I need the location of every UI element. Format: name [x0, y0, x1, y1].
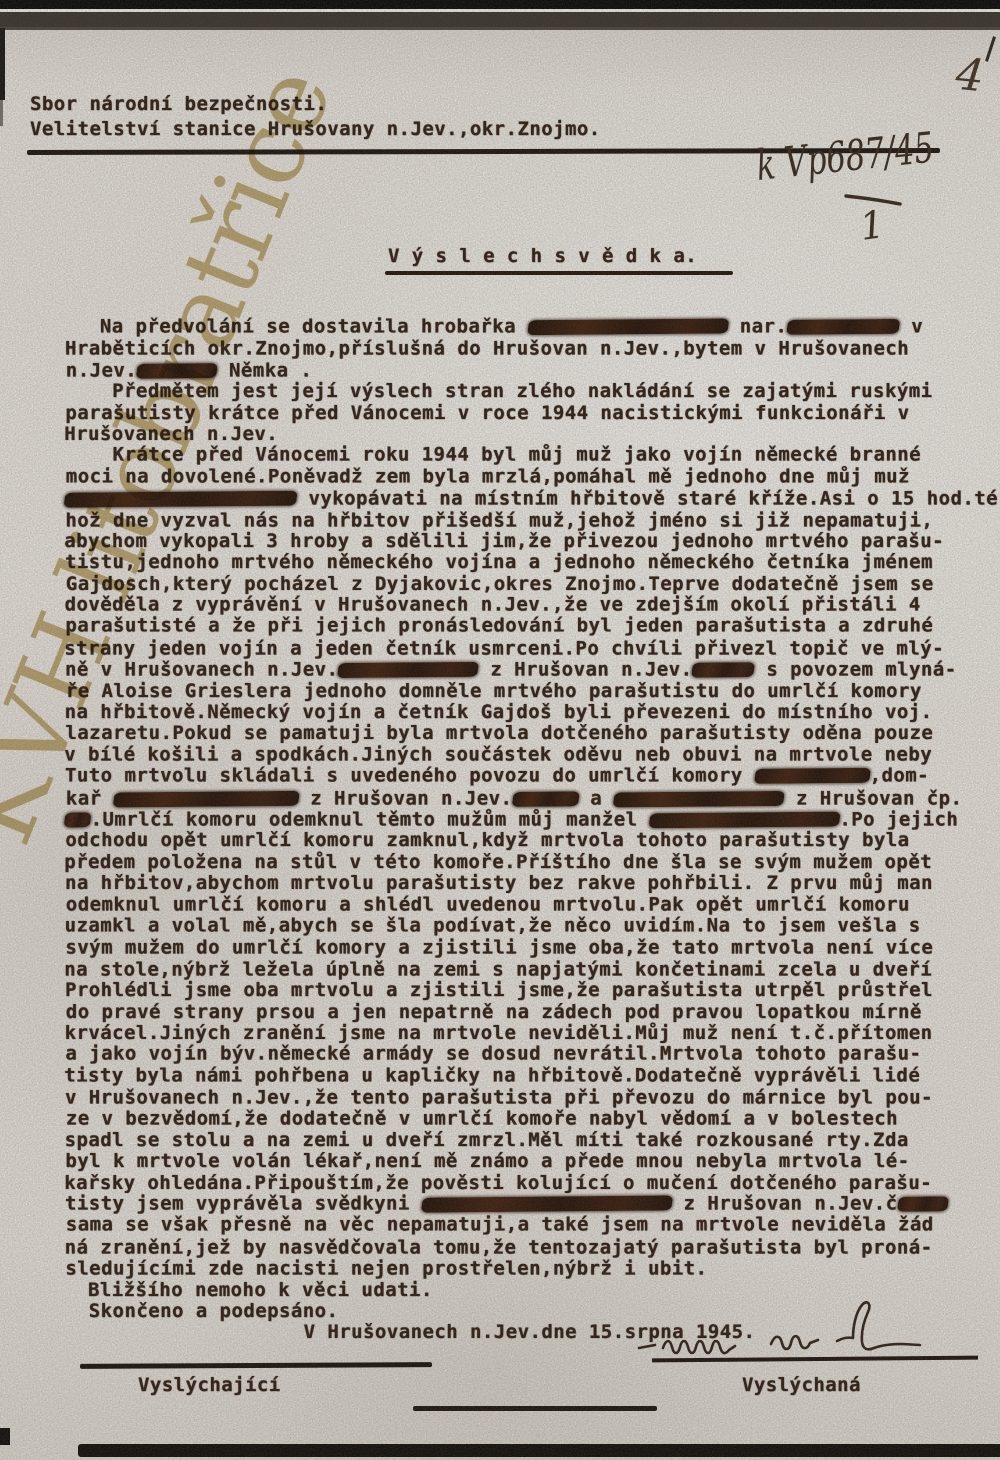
- text-run: Bližšího nemoho k věci udati.: [64, 1279, 433, 1301]
- text-run: Skončeno a podepsáno.: [65, 1300, 338, 1322]
- typewritten-line: ně v Hrušovanech n.Jev. z Hrušovan n.Jev…: [65, 660, 1000, 681]
- text-run: spadl se stolu a na zemi u dveří zmrzl.M…: [65, 1129, 909, 1151]
- typewritten-line: abychom vykopali 3 hroby a sdělili jim,ž…: [64, 531, 1000, 552]
- file-reference-denominator: 1: [857, 202, 887, 247]
- text-run: Gajdosch,který pocházel z Dyjakovic,okre…: [66, 572, 934, 594]
- text-run: z Hrušovan n.Jev.: [478, 659, 692, 681]
- typewritten-line: tistu,jednoho mrtvého německého vojína a…: [65, 552, 1000, 573]
- typewritten-line: moci na dovolené.Poněvadž zem byla mrzlá…: [66, 466, 1000, 487]
- text-run: uzamkl a volal mě,abych se šla podívat,ž…: [65, 914, 921, 936]
- typewritten-line: Tuto mrtvolu skládali s uvedeného povozu…: [65, 766, 1000, 787]
- text-run: ná zranění,jež by nasvědčovala tomu,že t…: [65, 1236, 933, 1258]
- document-body: Na předvolání se dostavila hrobařka nar.…: [65, 317, 1000, 1344]
- interrogator-label: Vyslýchající: [138, 1375, 281, 1396]
- signature-line-interrogator: [80, 1362, 432, 1369]
- typewritten-line: krvácel.Jiných zranění jsme na mrtvole n…: [65, 1023, 1000, 1044]
- typewritten-line: byl k mrtvole volán lékař,není mě známo …: [65, 1151, 1000, 1172]
- signature-line-center: [413, 1406, 657, 1411]
- redaction-mark: [421, 1195, 673, 1212]
- typewritten-line: kařsky ohledána.Připouštím,že pověsti ko…: [64, 1172, 1000, 1193]
- typewritten-line: sama se však přesně na věc nepamatuji,a …: [66, 1215, 1000, 1236]
- typewritten-line: lazaretu.Pokud se pamatuji byla mrtvola …: [65, 723, 1000, 744]
- text-run: na stole,nýbrž ležela úplně na zemi s na…: [64, 958, 932, 980]
- typewritten-line: ná zranění,jež by nasvědčovala tomu,že t…: [65, 1237, 1000, 1258]
- typewritten-line: na hřbitově.Německý vojín a četník Gajdo…: [65, 702, 1000, 723]
- scan-border-bottom: [78, 1444, 1000, 1457]
- typewritten-line: hož dne vyzval nás na hřbitov přišedší m…: [65, 510, 1000, 531]
- redaction-mark: [613, 791, 785, 807]
- typewritten-line: vykopávati na místním hřbitově staré kří…: [65, 489, 1000, 510]
- interrogated-label: Vyslýchaná: [742, 1375, 861, 1396]
- file-reference-text: k Vp687/45: [754, 123, 936, 190]
- typewritten-line: tisty jsem vyprávěla svědkyni z Hrušovan…: [65, 1194, 1000, 1215]
- text-run: strany jeden vojín a jeden četník usmrce…: [64, 638, 944, 660]
- text-run: odemknul umrlčí komoru a shlédl uvedenou…: [66, 893, 910, 915]
- text-run: ře Aloise Grieslera jednoho domněle mrtv…: [66, 680, 922, 702]
- scan-artifact: [0, 28, 5, 100]
- text-run: byl k mrtvole volán lékař,není mě známo …: [65, 1150, 909, 1172]
- signature-scribble: [625, 1296, 985, 1376]
- text-run: a jako vojín býv.německé armády se dosud…: [65, 1043, 921, 1065]
- typewritten-line: spadl se stolu a na zemi u dveří zmrzl.M…: [65, 1130, 1000, 1151]
- typewritten-line: do pravé strany prsou a jen nepatrně na …: [66, 1002, 1000, 1023]
- scan-artifact: [0, 100, 3, 126]
- typewritten-line: a jako vojín býv.německé armády se dosud…: [65, 1044, 1000, 1065]
- typewritten-line: Gajdosch,který pocházel z Dyjakovic,okre…: [66, 573, 1000, 594]
- signature-path: [639, 1302, 920, 1353]
- scanned-document-page: 4 Sbor národní bezpečnosti. Velitelství …: [0, 0, 1000, 1460]
- redaction-mark: [897, 1196, 949, 1211]
- document-title-underline: [385, 271, 733, 275]
- text-run: v Hrušovanech n.Jev.,že tento parašutist…: [65, 1087, 933, 1109]
- scan-artifact: [0, 1428, 10, 1445]
- text-run: parašutisté a že při jejich pronásledová…: [65, 615, 933, 637]
- typewritten-line: ře Aloise Grieslera jednoho domněle mrtv…: [66, 681, 1000, 702]
- text-run: v bílé košili a spodkách.Jiných součáste…: [64, 743, 932, 765]
- text-run: svým mužem do umrlčí komory a zjistili j…: [65, 937, 933, 959]
- text-run: na hřbitově.Německý vojín a četník Gajdo…: [65, 701, 933, 723]
- typewritten-line: na hřbitov,abychom mrtvolu parašutisty b…: [65, 873, 1000, 894]
- text-run: .Umrlčí komoru odemknul těmto mužům můj …: [91, 808, 650, 830]
- scan-artifact: [985, 36, 996, 62]
- redaction-mark: [648, 812, 840, 829]
- file-reference-handwritten: k Vp687/45 1: [750, 112, 975, 247]
- text-run: abychom vykopali 3 hroby a sdělili jim,ž…: [64, 530, 944, 552]
- redaction-mark: [511, 791, 579, 807]
- typewritten-line: parašutisté a že při jejich pronásledová…: [65, 616, 1000, 637]
- text-run: ze v bezvědomí,že dodatečně v umrlčí kom…: [66, 1108, 898, 1130]
- text-run: vykopávati na místním hřbitově staré kří…: [297, 488, 1000, 510]
- text-run: z Hrušovan n.Jev.: [298, 787, 512, 809]
- typewritten-line: strany jeden vojín a jeden četník usmrce…: [64, 639, 1000, 660]
- scan-border-top: [0, 0, 1000, 30]
- text-run: sama se však přesně na věc nepamatuji,a …: [66, 1214, 934, 1236]
- typewritten-line: .Umrlčí komoru odemknul těmto mužům můj …: [65, 809, 1000, 830]
- text-run: ,dom-: [870, 765, 929, 787]
- text-run: odchodu opět umrlčí komoru zamknul,když …: [65, 830, 909, 852]
- text-run: kařsky ohledána.Připouštím,že pověsti ko…: [64, 1171, 932, 1193]
- typewritten-line: na stole,nýbrž ležela úplně na zemi s na…: [64, 959, 1000, 980]
- text-run: hož dne vyzval nás na hřbitov přišedší m…: [65, 509, 933, 531]
- typewritten-line: sledujícími zde nacisti nejen prostřelen…: [65, 1259, 1000, 1280]
- text-run: a: [578, 787, 614, 809]
- text-run: z Hrušovan čp.: [784, 787, 962, 809]
- text-run: s povozem mlyná-: [754, 659, 956, 681]
- text-run: dověděla z vyprávění v Hrušovanech n.Jev…: [65, 594, 921, 616]
- typewritten-line: předem položena na stůl v této komoře.Př…: [64, 852, 1000, 873]
- typewritten-line: odemknul umrlčí komoru a shlédl uvedenou…: [66, 894, 1000, 915]
- text-run: z Hrušovan n.Jev.č: [672, 1193, 898, 1215]
- typewritten-line: kař z Hrušovan n.Jev. a z Hrušovan čp.: [66, 788, 1000, 809]
- text-run: tistu,jednoho mrtvého německého vojína a…: [65, 551, 933, 573]
- text-run: Prohlédli jsme oba mrtvolu a zjistili js…: [65, 979, 933, 1001]
- text-run: sledujícími zde nacisti nejen prostřelen…: [65, 1258, 707, 1280]
- typewritten-line: v bílé košili a spodkách.Jiných součáste…: [64, 744, 1000, 765]
- typewritten-line: tisty byla námi pohřbena u kapličky na h…: [64, 1065, 1000, 1086]
- redaction-mark: [337, 662, 479, 678]
- document-title: V ý s l e c h s v ě d k a.: [388, 246, 697, 267]
- redaction-mark: [112, 790, 299, 807]
- redaction-mark: [527, 318, 729, 335]
- text-run: do pravé strany prsou a jen nepatrně na …: [66, 1001, 922, 1023]
- typewritten-line: svým mužem do umrlčí komory a zjistili j…: [65, 938, 1000, 959]
- text-run: .Po jejich: [839, 808, 958, 830]
- text-run: Tuto mrtvolu skládali s uvedeného povozu…: [65, 765, 755, 787]
- redaction-mark: [691, 662, 755, 678]
- typewritten-line: v Hrušovanech n.Jev.,že tento parašutist…: [65, 1088, 1000, 1109]
- typewritten-line: dověděla z vyprávění v Hrušovanech n.Jev…: [65, 595, 1000, 616]
- text-run: tisty jsem vyprávěla svědkyni: [65, 1193, 422, 1215]
- redaction-mark: [64, 812, 92, 827]
- page-number-handwritten: 4: [940, 45, 985, 107]
- text-run: lazaretu.Pokud se pamatuji byla mrtvola …: [65, 722, 933, 744]
- redaction-mark: [754, 768, 871, 784]
- page-number-text: 4: [952, 49, 985, 103]
- typewritten-line: Prohlédli jsme oba mrtvolu a zjistili js…: [65, 980, 1000, 1001]
- text-run: v: [899, 315, 923, 337]
- text-run: tisty byla námi pohřbena u kapličky na h…: [64, 1064, 920, 1086]
- typewritten-line: ze v bezvědomí,že dodatečně v umrlčí kom…: [66, 1109, 1000, 1130]
- text-run: nar.: [728, 315, 787, 337]
- text-run: předem položena na stůl v této komoře.Př…: [64, 851, 932, 873]
- typewritten-line: uzamkl a volal mě,abych se šla podívat,ž…: [65, 915, 1000, 936]
- typewritten-line: odchodu opět umrlčí komoru zamknul,když …: [65, 831, 1000, 852]
- redaction-mark: [786, 319, 900, 335]
- text-run: na hřbitov,abychom mrtvolu parašutisty b…: [65, 872, 933, 894]
- text-run: krvácel.Jiných zranění jsme na mrtvole n…: [65, 1022, 933, 1044]
